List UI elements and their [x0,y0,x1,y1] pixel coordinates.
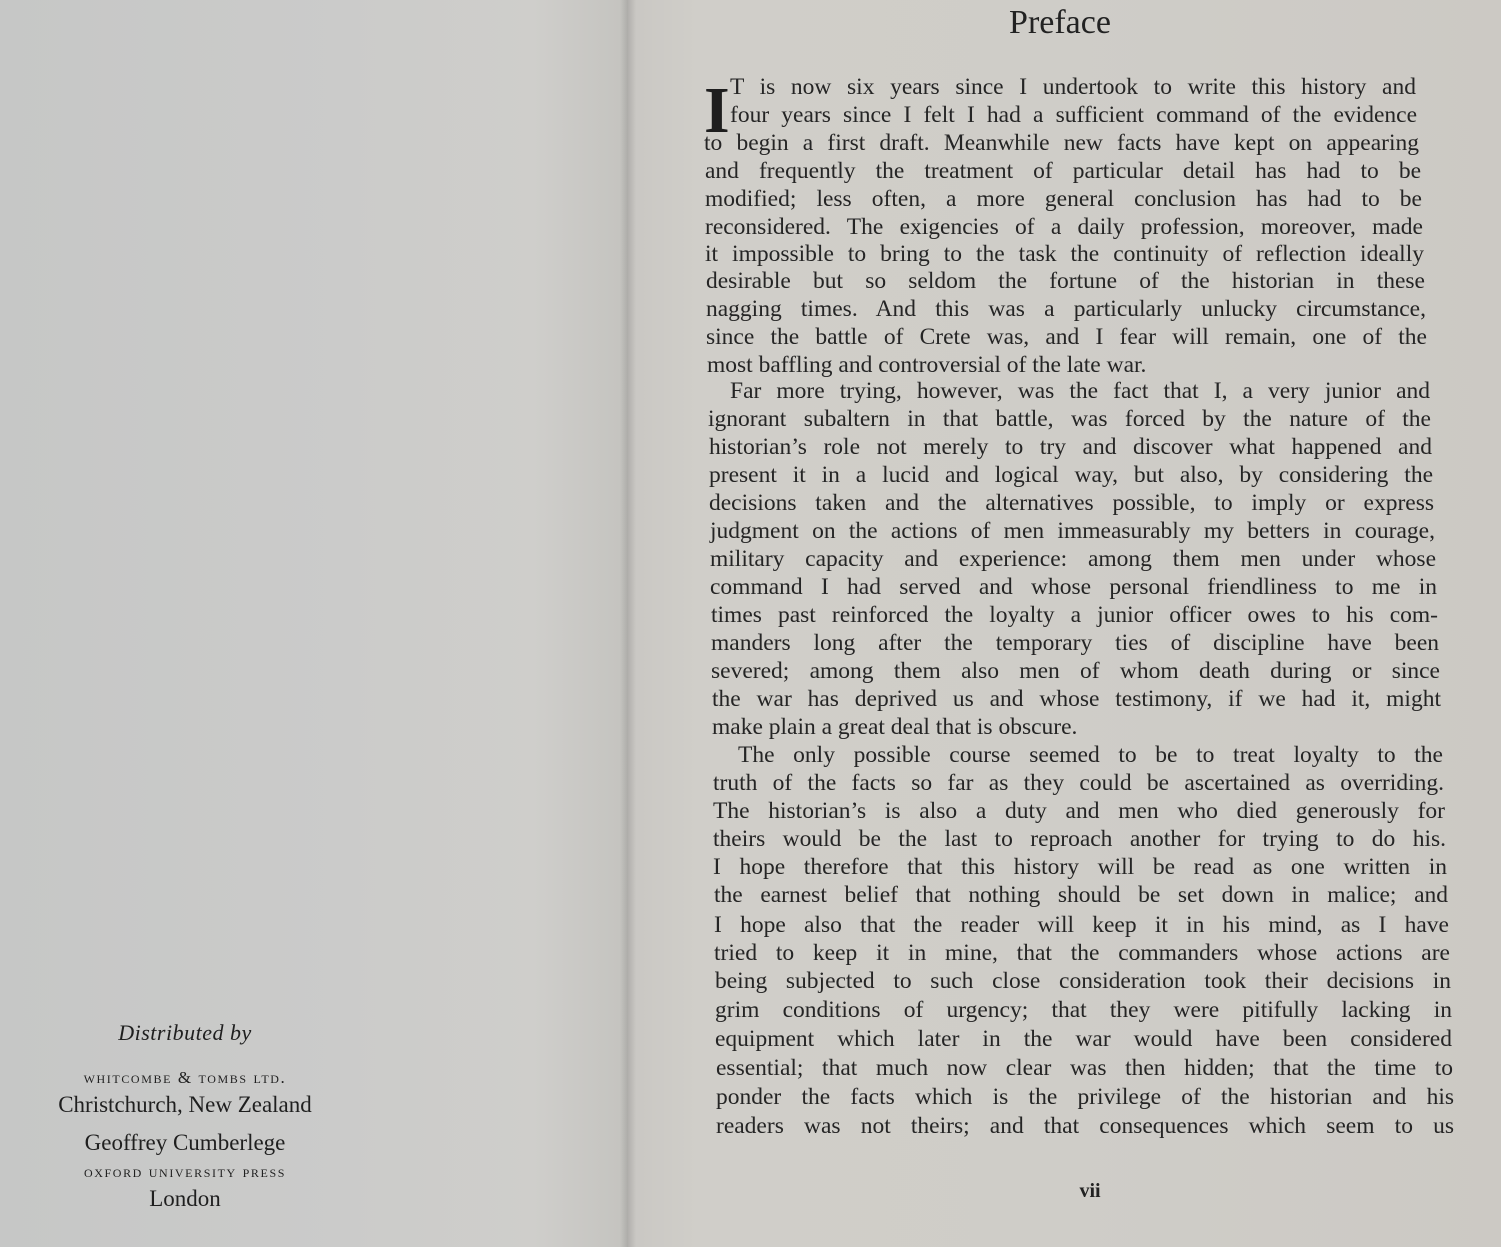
text-line: desirable but so seldom the fortune of t… [706,268,1425,295]
text-line: being subjected to such close considerat… [715,968,1451,995]
text-line: present it in a lucid and logical way, b… [709,462,1433,489]
text-line: theirs would be the last to reproach ano… [713,826,1446,853]
book-gutter [620,0,636,1247]
text-line: I hope therefore that this history will … [713,854,1447,881]
text-line: nagging times. And this was a particular… [706,296,1426,323]
text-line: I hope also that the reader will keep it… [714,912,1449,939]
page-number: vii [1060,1180,1120,1203]
text-line: Far more trying, however, was the fact t… [730,378,1430,405]
text-line: equipment which later in the war would h… [715,1026,1452,1053]
text-line: ponder the facts which is the privilege … [716,1084,1454,1111]
distributed-by-label: Distributed by [30,1020,340,1046]
text-line: the war has deprived us and whose testim… [712,686,1441,713]
text-line: readers was not theirs; and that consequ… [716,1113,1454,1140]
text-line: military capacity and experience: among … [710,546,1436,573]
text-line: tried to keep it in mine, that the comma… [714,940,1450,967]
distributor-name: WHITCOMBE & TOMBS LTD. [30,1068,340,1088]
text-line: ignorant subaltern in that battle, was f… [708,406,1431,433]
text-line: historian’s role not merely to try and d… [709,434,1432,461]
text-line: decisions taken and the alternatives pos… [709,490,1434,517]
text-line: four years since I felt I had a sufficie… [730,102,1417,129]
page-title: Preface [960,4,1160,42]
text-line: essential; that much now clear was then … [716,1055,1453,1082]
book-spread: Distributed by WHITCOMBE & TOMBS LTD. Ch… [0,0,1501,1247]
publisher-person: Geoffrey Cumberlege [30,1130,340,1156]
text-line: The only possible course seemed to be to… [738,742,1443,769]
text-line: manders long after the temporary ties of… [711,630,1439,657]
text-line: The historian’s is also a duty and men w… [713,798,1445,825]
text-line: make plain a great deal that is obscure. [712,714,1442,741]
text-line: T is now six years since I undertook to … [730,74,1416,101]
publisher-name: OXFORD UNIVERSITY PRESS [30,1162,340,1182]
text-line: reconsidered. The exigencies of a daily … [705,214,1423,241]
text-line: to begin a first draft. Meanwhile new fa… [704,130,1419,157]
left-page: Distributed by WHITCOMBE & TOMBS LTD. Ch… [0,0,628,1247]
text-line: severed; among them also men of whom dea… [711,658,1440,685]
text-line: times past reinforced the loyalty a juni… [711,602,1438,629]
text-line: command I had served and whose personal … [710,574,1437,601]
text-line: since the battle of Crete was, and I fea… [706,324,1427,351]
text-line: judgment on the actions of men immeasura… [710,518,1435,545]
text-line: and frequently the treatment of particul… [705,158,1421,185]
text-line: grim conditions of urgency; that they we… [715,997,1452,1024]
text-line: it impossible to bring to the task the c… [705,241,1424,268]
text-line: most baffling and controversial of the l… [707,352,1429,379]
text-line: modified; less often, a more general con… [705,186,1422,213]
text-line: truth of the facts so far as they could … [713,770,1444,797]
text-line: the earnest belief that nothing should b… [714,882,1448,909]
publisher-location: London [30,1186,340,1212]
distributor-location: Christchurch, New Zealand [30,1092,340,1118]
